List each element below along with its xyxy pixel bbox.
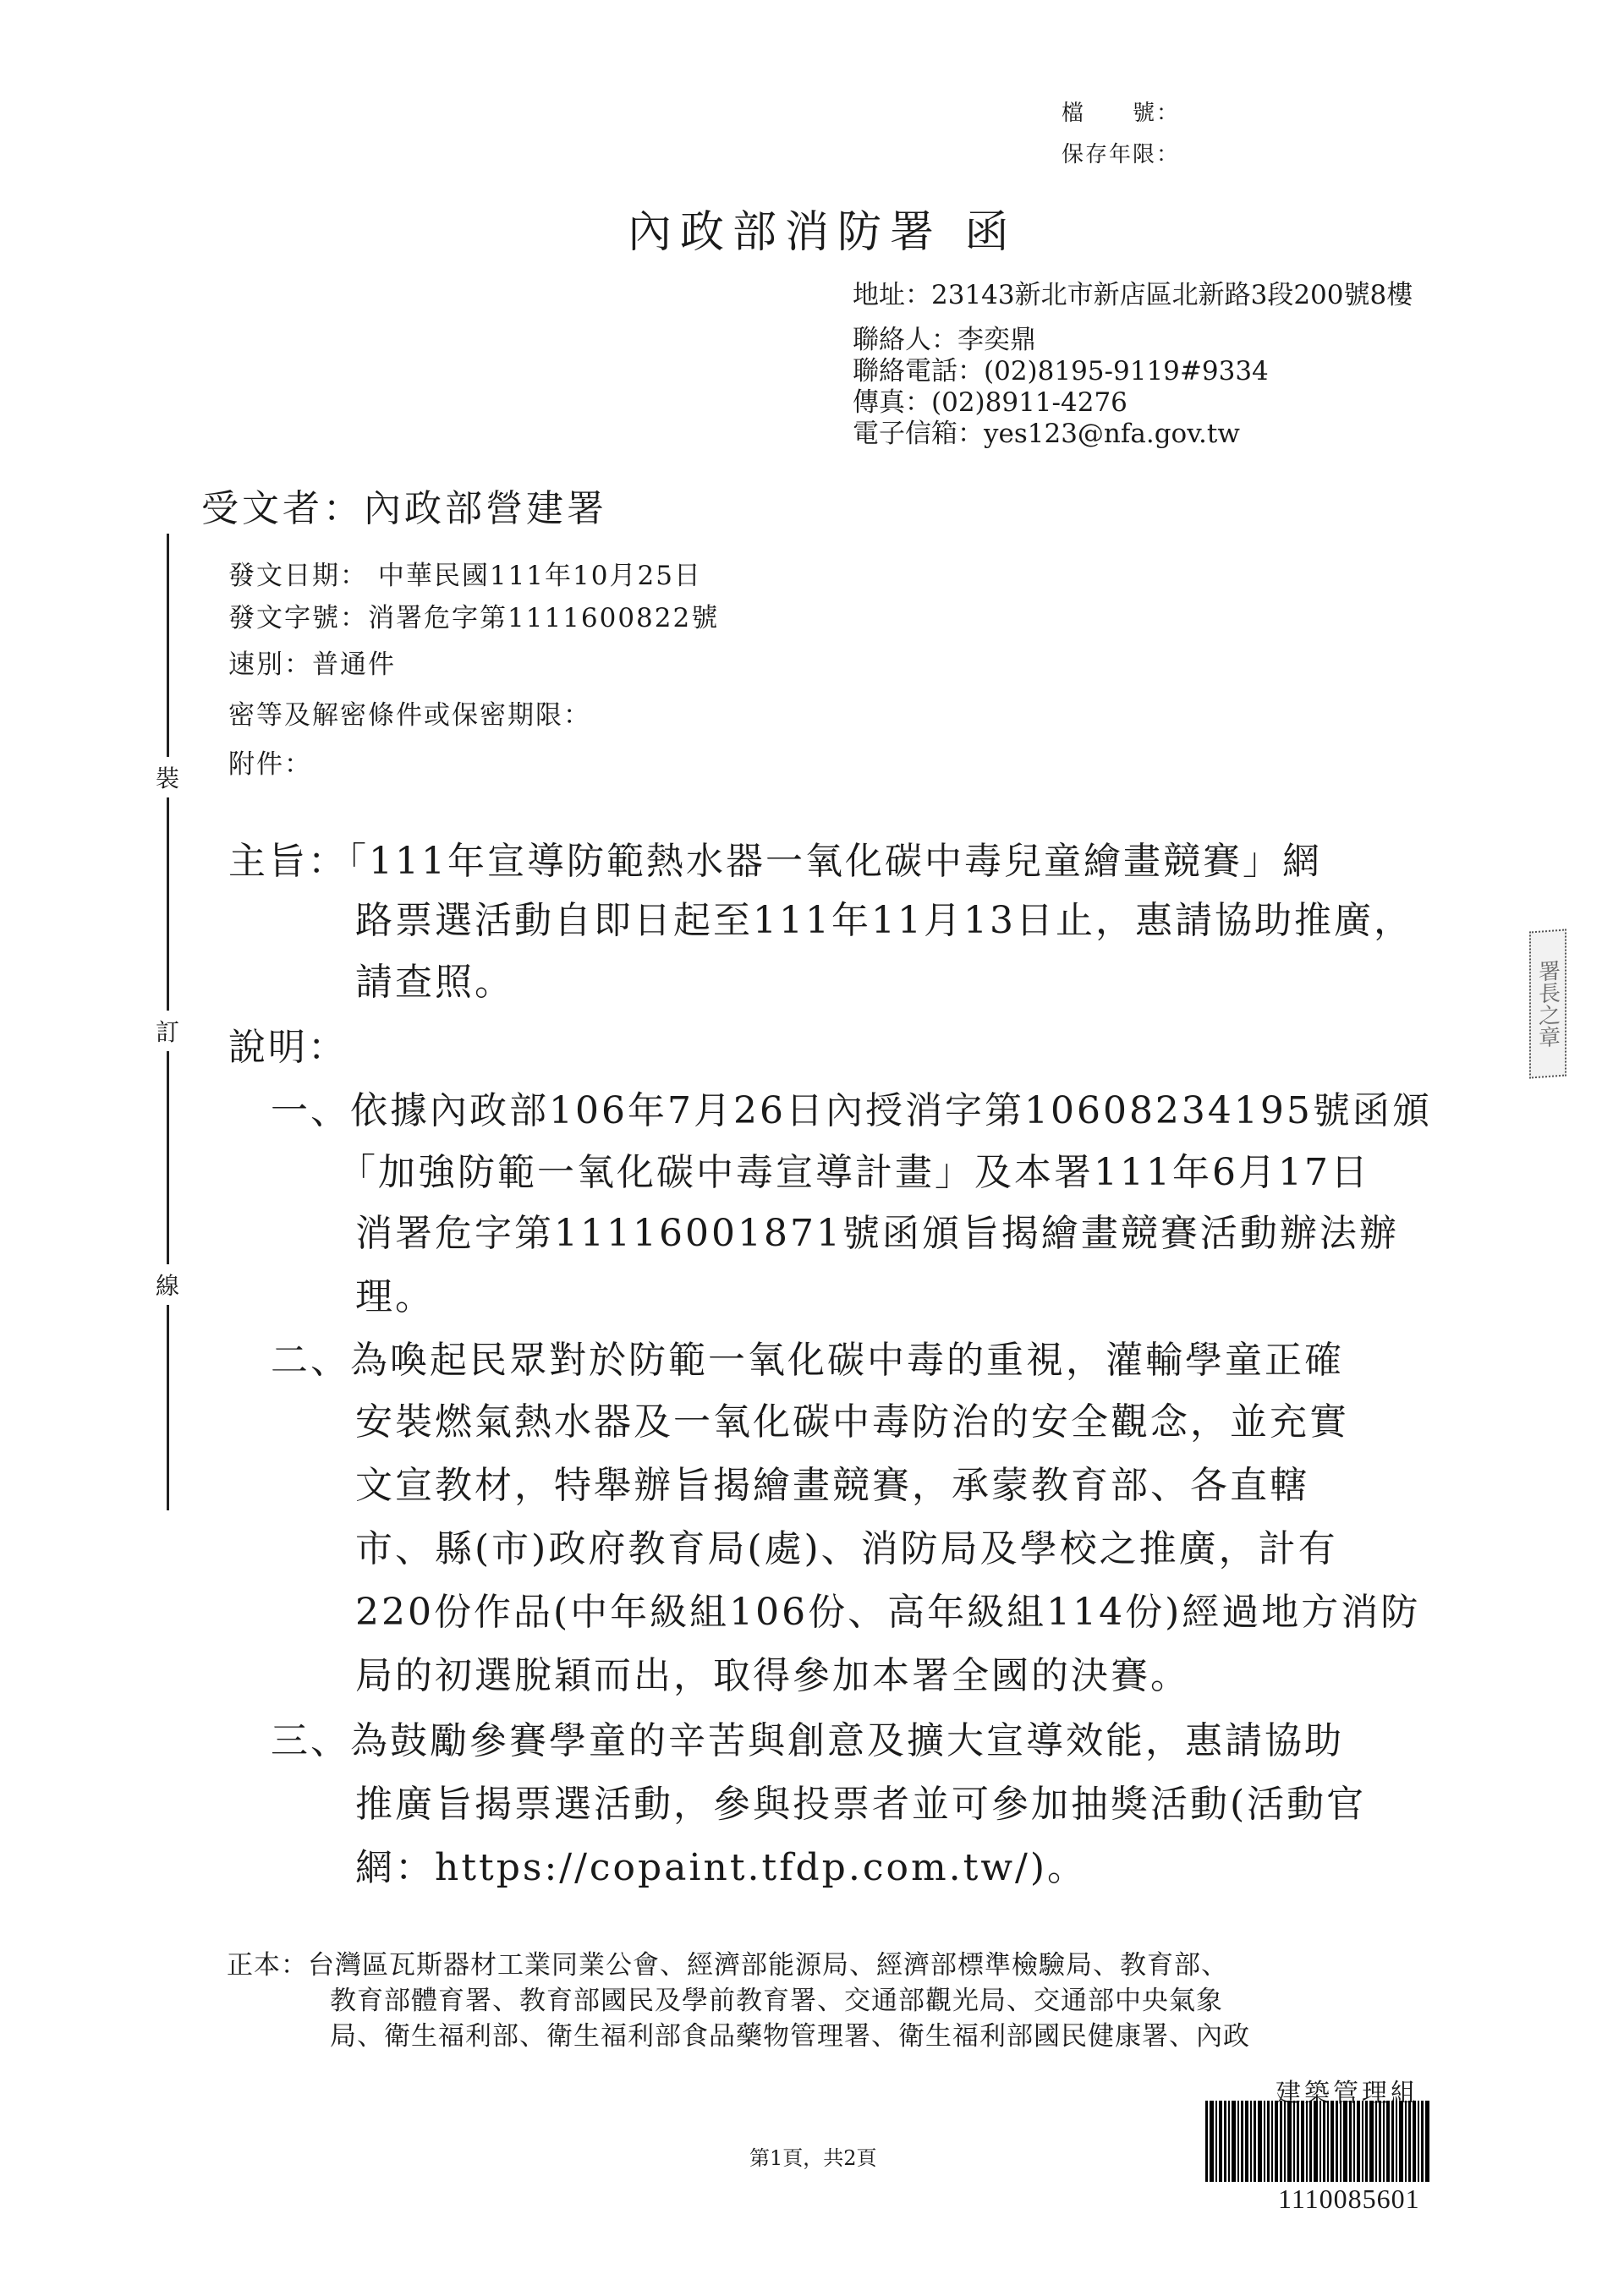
barcode-number: 1110085601 [1278, 2184, 1420, 2215]
explanation-label: 說明： [228, 1016, 348, 1071]
binding-label-ding: 訂 [156, 1011, 179, 1051]
item-line: 文宣教材，特舉辦旨揭繪畫競賽，承蒙教育部、各直轄 [355, 1455, 1309, 1509]
item-line: 安裝燃氣熱水器及一氧化碳中毒防治的安全觀念，並充實 [355, 1391, 1349, 1445]
item-line: 一、依據內政部106年7月26日內授消字第10608234195號函頒 [271, 1080, 1432, 1134]
item-line: 消署危字第11116001871號函頒旨揭繪畫競賽活動辦法辦 [355, 1203, 1399, 1257]
page-indicator: 第1頁，共2頁 [749, 2141, 877, 2171]
distribution-line: 局、衛生福利部、衛生福利部食品藥物管理署、衛生福利部國民健康署、內政 [330, 2014, 1250, 2052]
item-line: 局的初選脫穎而出，取得參加本署全國的決賽。 [355, 1645, 1190, 1699]
recipient: 受文者：內政部營建署 [201, 478, 607, 532]
item-line: 三、為鼓勵參賽學童的辛苦與創意及擴大宣導效能，惠請協助 [271, 1710, 1344, 1764]
file-number-label: 檔 號： [1062, 96, 1180, 127]
attachments: 附件： [228, 743, 312, 781]
document-number: 發文字號：消署危字第1111600822號 [228, 596, 719, 634]
item-line: 市、縣(市)政府教育局(處)、消防局及學校之推廣，計有 [355, 1518, 1338, 1572]
official-seal-stamp: 署長之章 [1529, 929, 1566, 1078]
distribution-line: 教育部體育署、教育部國民及學前教育署、交通部觀光局、交通部中央氣象 [330, 1979, 1223, 2017]
contact-phone: 聯絡電話：(02)8195-9119#9334 [853, 359, 1269, 385]
subject-line: 請查照。 [355, 951, 514, 1006]
item-line: 理。 [355, 1266, 435, 1320]
binding-label-xian: 線 [156, 1264, 179, 1305]
confidentiality: 密等及解密條件或保密期限： [228, 693, 591, 732]
item-line: 「加強防範一氧化碳中毒宣導計畫」及本署111年6月17日 [338, 1142, 1370, 1196]
item-line: 220份作品(中年級組106份、高年級組114份)經過地方消防 [355, 1581, 1420, 1636]
barcode [1205, 2101, 1512, 2182]
retention-period-label: 保存年限： [1062, 137, 1180, 168]
sender-address: 地址：23143新北市新店區北新路3段200號8樓 [853, 282, 1413, 309]
subject-line: 路票選活動自即日起至111年11月13日止，惠請協助推廣， [355, 890, 1413, 944]
item-line: 網：https://copaint.tfdp.com.tw/)。 [355, 1837, 1087, 1891]
item-line: 二、為喚起民眾對於防範一氧化碳中毒的重視，灌輸學童正確 [271, 1329, 1344, 1384]
item-line: 推廣旨揭票選活動，參與投票者並可參加抽獎活動(活動官 [355, 1773, 1366, 1827]
email-address: 電子信箱：yes123@nfa.gov.tw [853, 421, 1240, 447]
distribution-line: 正本：台灣區瓦斯器材工業同業公會、經濟部能源局、經濟部標準檢驗局、教育部、 [227, 1943, 1228, 1981]
contact-person: 聯絡人：李奕鼎 [853, 327, 1036, 353]
speed-category: 速別：普通件 [228, 643, 396, 681]
stamp-text: 署長之章 [1533, 959, 1564, 1049]
issue-date: 發文日期： 中華民國111年10月25日 [228, 554, 702, 592]
subject-line: 主旨：「111年宣導防範熱水器一氧化碳中毒兒童繪畫競賽」網 [228, 830, 1322, 885]
fax-number: 傳真：(02)8911-4276 [853, 390, 1127, 416]
binding-label-zhuang: 裝 [156, 757, 179, 797]
document-title: 內政部消防署 函 [628, 196, 1018, 260]
